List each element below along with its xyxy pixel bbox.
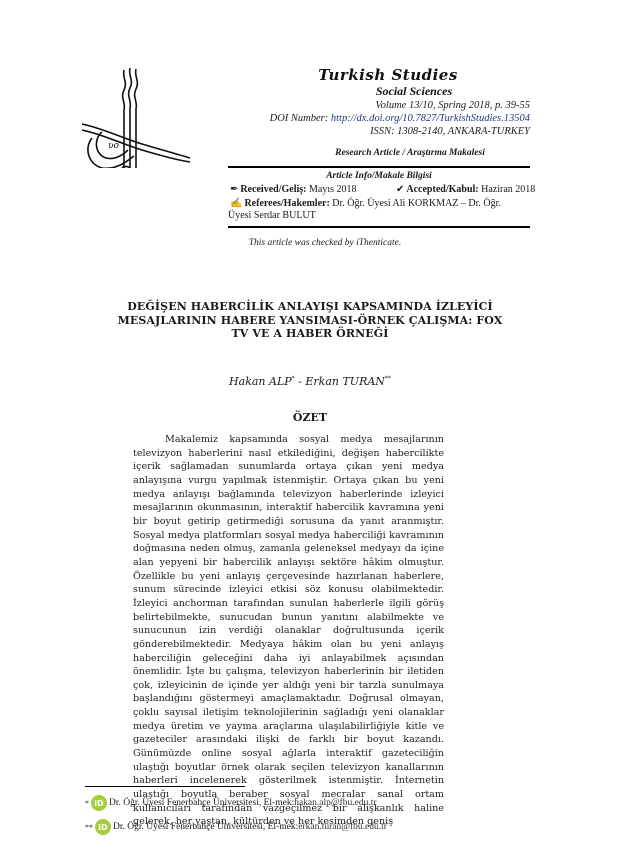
journal-name: Turkish Studies (318, 66, 458, 84)
received-row: ✒Received/Geliş: Mayıs 2018 (230, 184, 356, 195)
email-link[interactable]: erkan.turan@fbu.edu.tr (298, 822, 387, 832)
tugra-logo-icon: ʋo (82, 68, 197, 168)
footnote-2: ** iD Dr. Öğr. Üyesi Fenerbahçe Üniversi… (85, 819, 387, 835)
orcid-icon[interactable]: iD (91, 795, 107, 811)
accepted-row: ✔Accepted/Kabul: Haziran 2018 (396, 184, 535, 195)
plagiarism-note: This article was checked by iThenticate. (200, 238, 450, 248)
abstract-text: Makalemiz kapsamında sosyal medya mesajl… (133, 433, 444, 829)
referees-row-continued: Üyesi Serdar BULUT (228, 210, 316, 221)
orcid-icon[interactable]: iD (95, 819, 111, 835)
journal-issn: ISSN: 1308-2140, ANKARA-TURKEY (240, 126, 530, 137)
doi-link[interactable]: http://dx.doi.org/10.7827/TurkishStudies… (331, 113, 530, 124)
doi-label: DOI Number: (270, 113, 331, 124)
footnote-1: * iD Dr. Öğr. Üyesi Fenerbahçe Üniversit… (85, 795, 377, 811)
referees-row: ✍Referees/Hakemler: Dr. Öğr. Üyesi Ali K… (230, 198, 501, 209)
article-type: Research Article / Araştırma Makalesi (240, 148, 540, 158)
article-info-box: Article Info/Makale Bilgisi ✒Received/Ge… (228, 166, 530, 228)
pen-icon: ✒ (230, 184, 238, 195)
author-1: Hakan ALP (229, 375, 292, 388)
checkmark-icon: ✔ (396, 184, 404, 195)
svg-text:ʋo: ʋo (108, 141, 119, 151)
footnote-divider (85, 786, 245, 787)
email-link[interactable]: hakan.alp@fbu.edu.tr (294, 798, 376, 808)
doi-line: DOI Number: http://dx.doi.org/10.7827/Tu… (240, 113, 530, 124)
abstract-heading: ÖZET (110, 411, 510, 424)
journal-subtitle: Social Sciences (240, 84, 530, 99)
article-title: DEĞİŞEN HABERCİLİK ANLAYIŞI KAPSAMINDA İ… (110, 300, 510, 341)
article-info-heading: Article Info/Makale Bilgisi (228, 171, 530, 181)
journal-volume: Volume 13/10, Spring 2018, p. 39-55 (240, 100, 530, 111)
signature-icon: ✍ (230, 198, 242, 209)
author-2: Erkan TURAN (305, 375, 385, 388)
authors: Hakan ALP* - Erkan TURAN** (110, 375, 510, 388)
